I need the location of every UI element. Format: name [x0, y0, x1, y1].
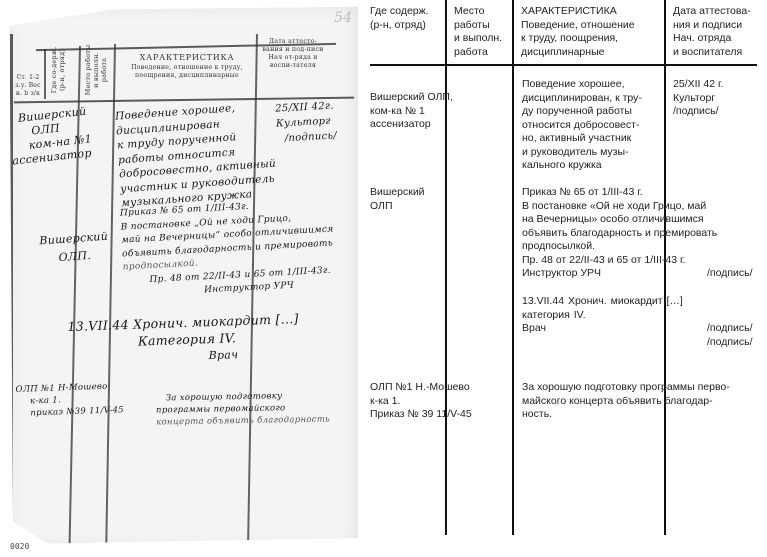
row4-where: ОЛП №1 Н.-Мошево к-ка 1. Приказ № 39 11/…: [370, 381, 490, 422]
header-where: Где содерж. (р-н, отряд): [370, 5, 444, 32]
row4-characteristic: За хорошую подготовку программы перво- м…: [522, 381, 762, 422]
header-characteristic: ХАРАКТЕРИСТИКА Поведение, отношение к тр…: [521, 5, 663, 59]
header-date: Дата аттестова- ния и подписи Нач. отряд…: [673, 5, 767, 59]
row3-signatures: /подпись/ /подпись/: [707, 322, 753, 349]
row2-signature: /подпись/: [707, 267, 753, 281]
row3-medical-note: 13.VII.44 Хронич. миокардит […] категори…: [522, 295, 722, 336]
transcription-table: Где содерж. (р-н, отряд) Место работы и …: [0, 0, 767, 557]
row1-characteristic: Поведение хорошее, дисциплинирован, к тр…: [522, 78, 664, 173]
row2-where: Вишерский ОЛП: [370, 186, 444, 213]
header-work: Место работы и выполн. работа: [454, 5, 512, 59]
row1-date-signature: 25/XII 42 г. Культорг /подпись/: [673, 78, 767, 119]
row1-where: Вишерский ОЛП, ком-ка № 1 ассенизатор: [370, 91, 480, 132]
